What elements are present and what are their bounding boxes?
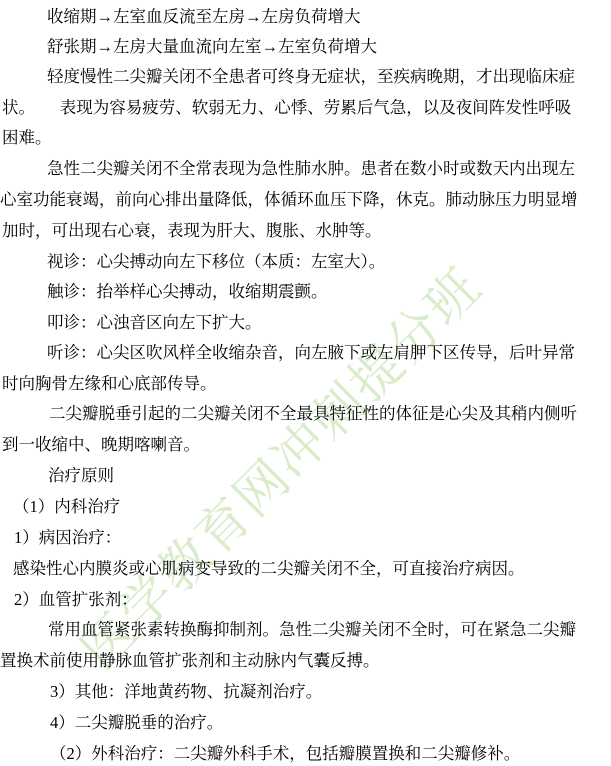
text-line: 时向胸骨左缘和心底部传导。 [2, 374, 217, 393]
text-line: 触诊：抬举样心尖搏动，收缩期震颤。 [47, 282, 328, 301]
text-line: 听诊：心尖区吹风样全收缩杂音，向左腋下或左肩胛下区传导，后叶异常 [47, 343, 575, 362]
text-line: （2）外科治疗：二尖瓣外科手术，包括瓣膜置换和二尖瓣修补。 [50, 744, 520, 763]
text-line: 加时，可出现右心衰，表现为肝大、腹胀、水肿等。 [2, 221, 382, 240]
text-line: 心室功能衰竭，前向心排出量降低，体循环血压下降，休克。肺动脉压力明显增 [0, 190, 578, 209]
text-line: 治疗原则 [48, 466, 114, 485]
text-line: （1）内科治疗 [13, 497, 120, 516]
text-line: 状。 表现为容易疲劳、软弱无力、心悸、劳累后气急，以及夜间阵发性呼吸 [2, 98, 571, 117]
text-line: 4）二尖瓣脱垂的治疗。 [50, 713, 223, 732]
text-line: 困难。 [2, 128, 52, 147]
document-text: 收缩期→左室血反流至左房→左房负荷增大舒张期→左房大量血流向左室→左室负荷增大轻… [0, 0, 611, 766]
text-line: 轻度慢性二尖瓣关闭不全患者可终身无症状，至疾病晚期，才出现临床症 [47, 67, 575, 86]
document-page: 医学教育网冲刺提分班 收缩期→左室血反流至左房→左房负荷增大舒张期→左房大量血流… [0, 0, 611, 766]
text-line: 3）其他：洋地黄药物、抗凝剂治疗。 [50, 682, 322, 701]
text-line: 感染性心内膜炎或心肌病变导致的二尖瓣关闭不全，可直接治疗病因。 [13, 559, 525, 578]
text-line: 叩诊：心浊音区向左下扩大。 [47, 313, 262, 332]
text-line: 急性二尖瓣关闭不全常表现为急性肺水肿。患者在数小时或数天内出现左 [47, 159, 575, 178]
text-line: 置换术前使用静脉血管扩张剂和主动脉内气囊反搏。 [0, 651, 380, 670]
text-line: 二尖瓣脱垂引起的二尖瓣关闭不全最具特征性的体征是心尖及其稍内侧听 [49, 404, 577, 423]
text-line: 收缩期→左室血反流至左房→左房负荷增大 [47, 7, 361, 26]
text-line: 到一收缩中、晚期喀喇音。 [2, 435, 200, 454]
text-line: 1）病因治疗： [14, 528, 121, 547]
text-line: 舒张期→左房大量血流向左室→左室负荷增大 [47, 37, 377, 56]
text-line: 2）血管扩张剂： [14, 590, 138, 609]
text-line: 常用血管紧张素转换酶抑制剂。急性二尖瓣关闭不全时，可在紧急二尖瓣 [48, 620, 576, 639]
text-line: 视诊：心尖搏动向左下移位（本质：左室大）。 [47, 252, 385, 271]
